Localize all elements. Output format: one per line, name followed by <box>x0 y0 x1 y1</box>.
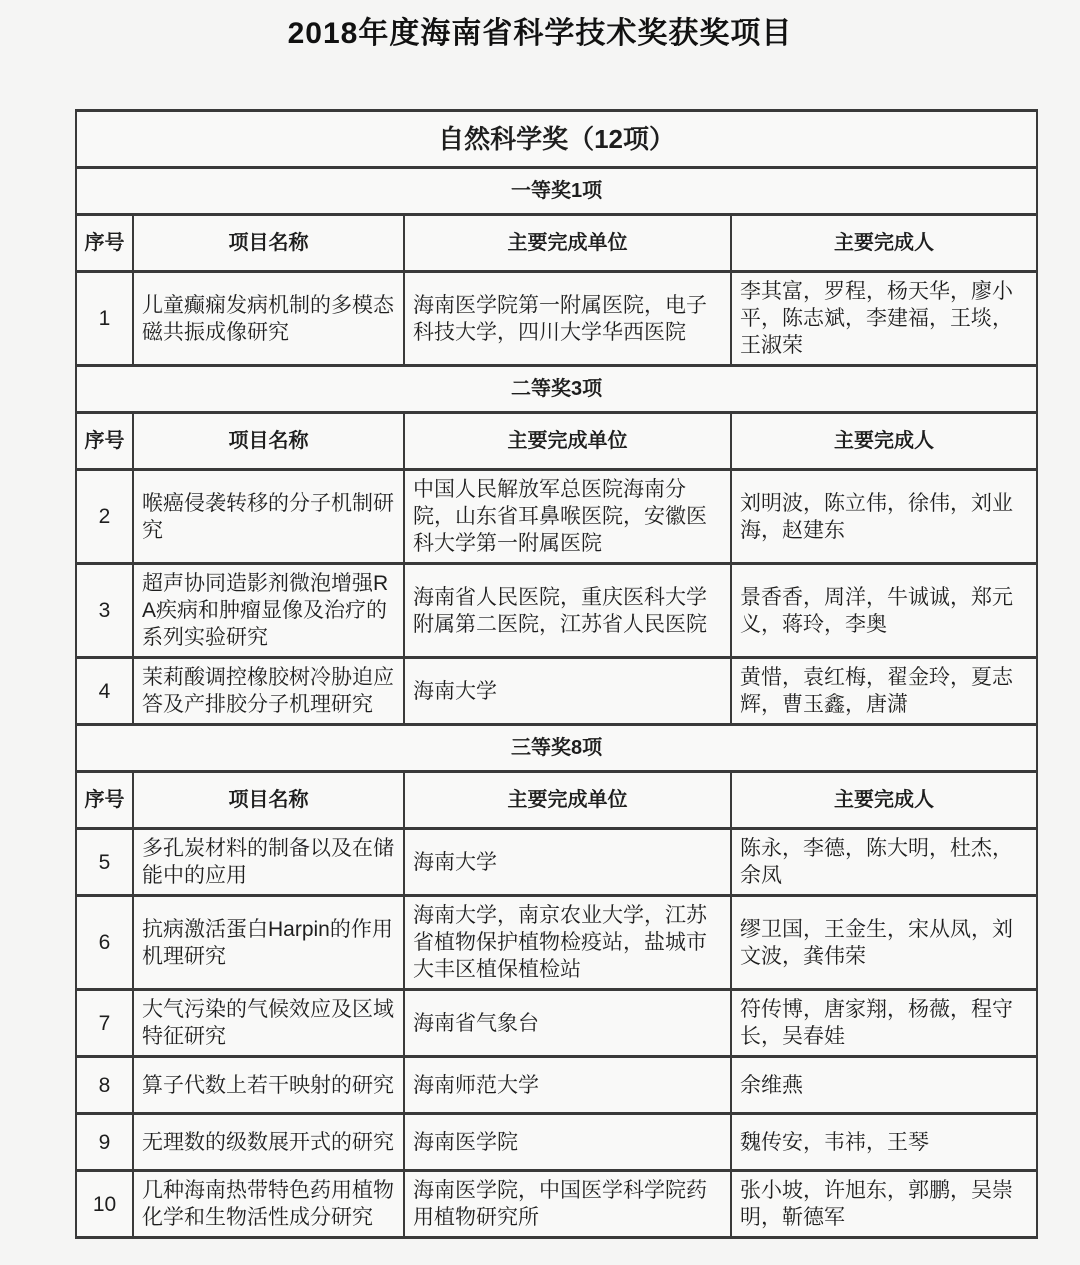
column-header-people: 主要完成人 <box>731 413 1037 470</box>
award-category-row: 自然科学奖（12项） <box>76 111 1037 168</box>
table-row: 8 算子代数上若干映射的研究 海南师范大学 余维燕 <box>76 1057 1037 1114</box>
column-header-project: 项目名称 <box>133 772 404 829</box>
column-header-row: 序号 项目名称 主要完成单位 主要完成人 <box>76 215 1037 272</box>
table-row: 3 超声协同造影剂微泡增强RA疾病和肿瘤显像及治疗的系列实验研究 海南省人民医院… <box>76 564 1037 658</box>
column-header-row: 序号 项目名称 主要完成单位 主要完成人 <box>76 413 1037 470</box>
row-number-cell: 8 <box>76 1057 133 1114</box>
row-number-cell: 6 <box>76 896 133 990</box>
organizations-cell: 海南师范大学 <box>404 1057 731 1114</box>
table-row: 9 无理数的级数展开式的研究 海南医学院 魏传安，韦祎，王琴 <box>76 1114 1037 1171</box>
project-name-cell: 儿童癫痫发病机制的多模态磁共振成像研究 <box>133 272 404 366</box>
row-number-cell: 3 <box>76 564 133 658</box>
project-name-cell: 无理数的级数展开式的研究 <box>133 1114 404 1171</box>
section-title: 一等奖1项 <box>76 168 1037 215</box>
people-cell: 刘明波，陈立伟，徐伟，刘业海，赵建东 <box>731 470 1037 564</box>
section-title: 二等奖3项 <box>76 366 1037 413</box>
table-row: 1 儿童癫痫发病机制的多模态磁共振成像研究 海南医学院第一附属医院，电子科技大学… <box>76 272 1037 366</box>
column-header-project: 项目名称 <box>133 413 404 470</box>
table-row: 10 几种海南热带特色药用植物化学和生物活性成分研究 海南医学院，中国医学科学院… <box>76 1171 1037 1238</box>
organizations-cell: 海南大学，南京农业大学，江苏省植物保护植物检疫站，盐城市大丰区植保植检站 <box>404 896 731 990</box>
column-header-org: 主要完成单位 <box>404 413 731 470</box>
section-title: 三等奖8项 <box>76 725 1037 772</box>
project-name-cell: 茉莉酸调控橡胶树冷胁迫应答及产排胶分子机理研究 <box>133 658 404 725</box>
row-number-cell: 9 <box>76 1114 133 1171</box>
column-header-org: 主要完成单位 <box>404 772 731 829</box>
table-row: 7 大气污染的气候效应及区域特征研究 海南省气象台 符传博，唐家翔，杨薇，程守长… <box>76 990 1037 1057</box>
project-name-cell: 大气污染的气候效应及区域特征研究 <box>133 990 404 1057</box>
organizations-cell: 海南医学院第一附属医院，电子科技大学，四川大学华西医院 <box>404 272 731 366</box>
project-name-cell: 抗病激活蛋白Harpin的作用机理研究 <box>133 896 404 990</box>
people-cell: 李其富，罗程，杨天华，廖小平，陈志斌，李建福，王埮，王淑荣 <box>731 272 1037 366</box>
row-number-cell: 2 <box>76 470 133 564</box>
organizations-cell: 海南省人民医院，重庆医科大学附属第二医院，江苏省人民医院 <box>404 564 731 658</box>
organizations-cell: 中国人民解放军总医院海南分院，山东省耳鼻喉医院，安徽医科大学第一附属医院 <box>404 470 731 564</box>
column-header-people: 主要完成人 <box>731 215 1037 272</box>
organizations-cell: 海南省气象台 <box>404 990 731 1057</box>
project-name-cell: 喉癌侵袭转移的分子机制研究 <box>133 470 404 564</box>
document-page: 2018年度海南省科学技术奖获奖项目 自然科学奖（12项） 一等奖1项 序号 项… <box>0 0 1080 1239</box>
column-header-project: 项目名称 <box>133 215 404 272</box>
organizations-cell: 海南大学 <box>404 658 731 725</box>
section-title-row-first-prize: 一等奖1项 <box>76 168 1037 215</box>
people-cell: 魏传安，韦祎，王琴 <box>731 1114 1037 1171</box>
row-number-cell: 5 <box>76 829 133 896</box>
row-number-cell: 10 <box>76 1171 133 1238</box>
project-name-cell: 算子代数上若干映射的研究 <box>133 1057 404 1114</box>
table-row: 4 茉莉酸调控橡胶树冷胁迫应答及产排胶分子机理研究 海南大学 黄惜，袁红梅，翟金… <box>76 658 1037 725</box>
organizations-cell: 海南医学院，中国医学科学院药用植物研究所 <box>404 1171 731 1238</box>
table-row: 2 喉癌侵袭转移的分子机制研究 中国人民解放军总医院海南分院，山东省耳鼻喉医院，… <box>76 470 1037 564</box>
project-name-cell: 超声协同造影剂微泡增强RA疾病和肿瘤显像及治疗的系列实验研究 <box>133 564 404 658</box>
people-cell: 余维燕 <box>731 1057 1037 1114</box>
row-number-cell: 7 <box>76 990 133 1057</box>
organizations-cell: 海南医学院 <box>404 1114 731 1171</box>
project-name-cell: 几种海南热带特色药用植物化学和生物活性成分研究 <box>133 1171 404 1238</box>
page-title: 2018年度海南省科学技术奖获奖项目 <box>0 16 1080 52</box>
section-title-row-second-prize: 二等奖3项 <box>76 366 1037 413</box>
people-cell: 黄惜，袁红梅，翟金玲，夏志辉，曹玉鑫，唐潇 <box>731 658 1037 725</box>
people-cell: 符传博，唐家翔，杨薇，程守长，吴春娃 <box>731 990 1037 1057</box>
column-header-no: 序号 <box>76 413 133 470</box>
award-category-title: 自然科学奖（12项） <box>76 111 1037 168</box>
column-header-no: 序号 <box>76 215 133 272</box>
awards-table: 自然科学奖（12项） 一等奖1项 序号 项目名称 主要完成单位 主要完成人 1 … <box>75 109 1038 1239</box>
table-row: 5 多孔炭材料的制备以及在储能中的应用 海南大学 陈永，李德，陈大明，杜杰，余凤 <box>76 829 1037 896</box>
section-title-row-third-prize: 三等奖8项 <box>76 725 1037 772</box>
people-cell: 景香香，周洋，牛诚诚，郑元义，蒋玲，李奥 <box>731 564 1037 658</box>
column-header-no: 序号 <box>76 772 133 829</box>
organizations-cell: 海南大学 <box>404 829 731 896</box>
people-cell: 陈永，李德，陈大明，杜杰，余凤 <box>731 829 1037 896</box>
row-number-cell: 4 <box>76 658 133 725</box>
project-name-cell: 多孔炭材料的制备以及在储能中的应用 <box>133 829 404 896</box>
table-row: 6 抗病激活蛋白Harpin的作用机理研究 海南大学，南京农业大学，江苏省植物保… <box>76 896 1037 990</box>
people-cell: 缪卫国，王金生，宋从凤，刘文波，龚伟荣 <box>731 896 1037 990</box>
column-header-people: 主要完成人 <box>731 772 1037 829</box>
column-header-row: 序号 项目名称 主要完成单位 主要完成人 <box>76 772 1037 829</box>
column-header-org: 主要完成单位 <box>404 215 731 272</box>
row-number-cell: 1 <box>76 272 133 366</box>
people-cell: 张小坡，许旭东，郭鹏，吴崇明，靳德军 <box>731 1171 1037 1238</box>
